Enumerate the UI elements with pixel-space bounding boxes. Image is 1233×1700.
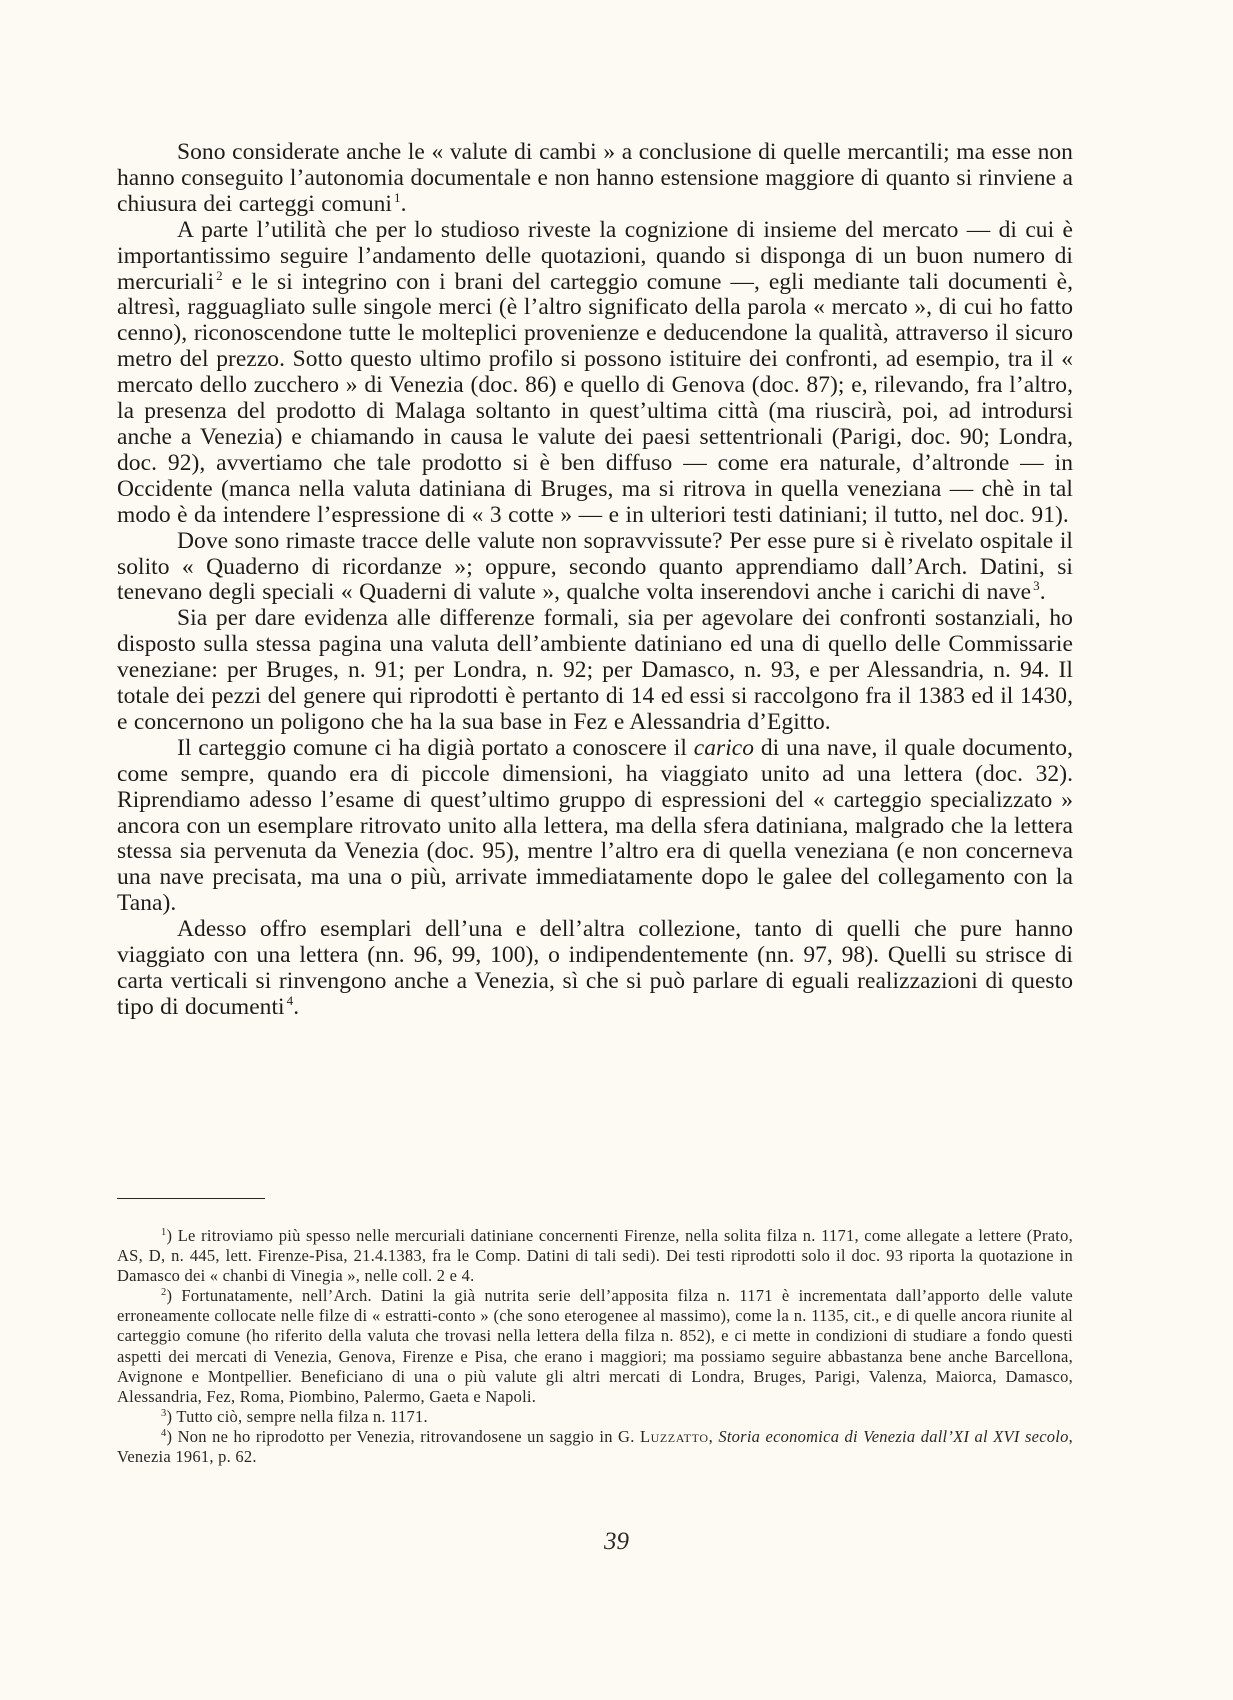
text-run: Sia per dare evidenza alle differenze fo…	[117, 605, 1073, 735]
paragraph: Sia per dare evidenza alle differenze fo…	[117, 606, 1073, 736]
author-name: Luzzatto	[640, 1427, 709, 1446]
paragraph: Il carteggio comune ci ha digià portato …	[117, 736, 1073, 917]
footnote-text: Fortunatamente, nell’Arch. Datini la già…	[117, 1286, 1073, 1405]
main-text: Sono considerate anche le « valute di ca…	[117, 140, 1073, 1021]
paragraph: Dove sono rimaste tracce delle valute no…	[117, 529, 1073, 607]
italic-term: carico	[694, 735, 754, 761]
text-run: Adesso offro esemplari dell’una e dell’a…	[117, 916, 1073, 1020]
text-run: .	[1040, 579, 1046, 605]
text-run: di una nave, il quale documento, come se…	[117, 735, 1073, 916]
footnote: 3) Tutto ciò, sempre nella filza n. 1171…	[117, 1407, 1073, 1427]
text-run: Dove sono rimaste tracce delle valute no…	[117, 528, 1073, 606]
text-run: .	[401, 191, 407, 217]
paragraph: Sono considerate anche le « valute di ca…	[117, 140, 1073, 218]
document-page: Sono considerate anche le « valute di ca…	[117, 140, 1073, 1021]
text-run: .	[293, 994, 299, 1020]
footnote-text: ,	[709, 1427, 719, 1446]
book-title: Storia economica di Venezia dall’XI al X…	[718, 1427, 1068, 1446]
footnote: 4) Non ne ho riprodotto per Venezia, rit…	[117, 1427, 1073, 1467]
paragraph: A parte l’utilità che per lo studioso ri…	[117, 218, 1073, 529]
text-run: Sono considerate anche le « valute di ca…	[117, 139, 1073, 217]
footnote: 1) Le ritroviamo più spesso nelle mercur…	[117, 1226, 1073, 1286]
footnote: 2) Fortunatamente, nell’Arch. Datini la …	[117, 1286, 1073, 1407]
footnote-text: Tutto ciò, sempre nella filza n. 1171.	[172, 1407, 428, 1426]
footnote-text: Non ne ho riprodotto per Venezia, ritrov…	[172, 1427, 640, 1446]
paragraph: Adesso offro esemplari dell’una e dell’a…	[117, 917, 1073, 1021]
footnotes: 1) Le ritroviamo più spesso nelle mercur…	[117, 1226, 1073, 1467]
footnote-divider	[117, 1198, 265, 1199]
text-run: Il carteggio comune ci ha digià portato …	[177, 735, 694, 761]
page-number: 39	[0, 1528, 1233, 1556]
footnote-text: Le ritroviamo più spesso nelle mercurial…	[117, 1226, 1073, 1285]
text-run: e le si integrino con i brani del carteg…	[117, 269, 1073, 528]
